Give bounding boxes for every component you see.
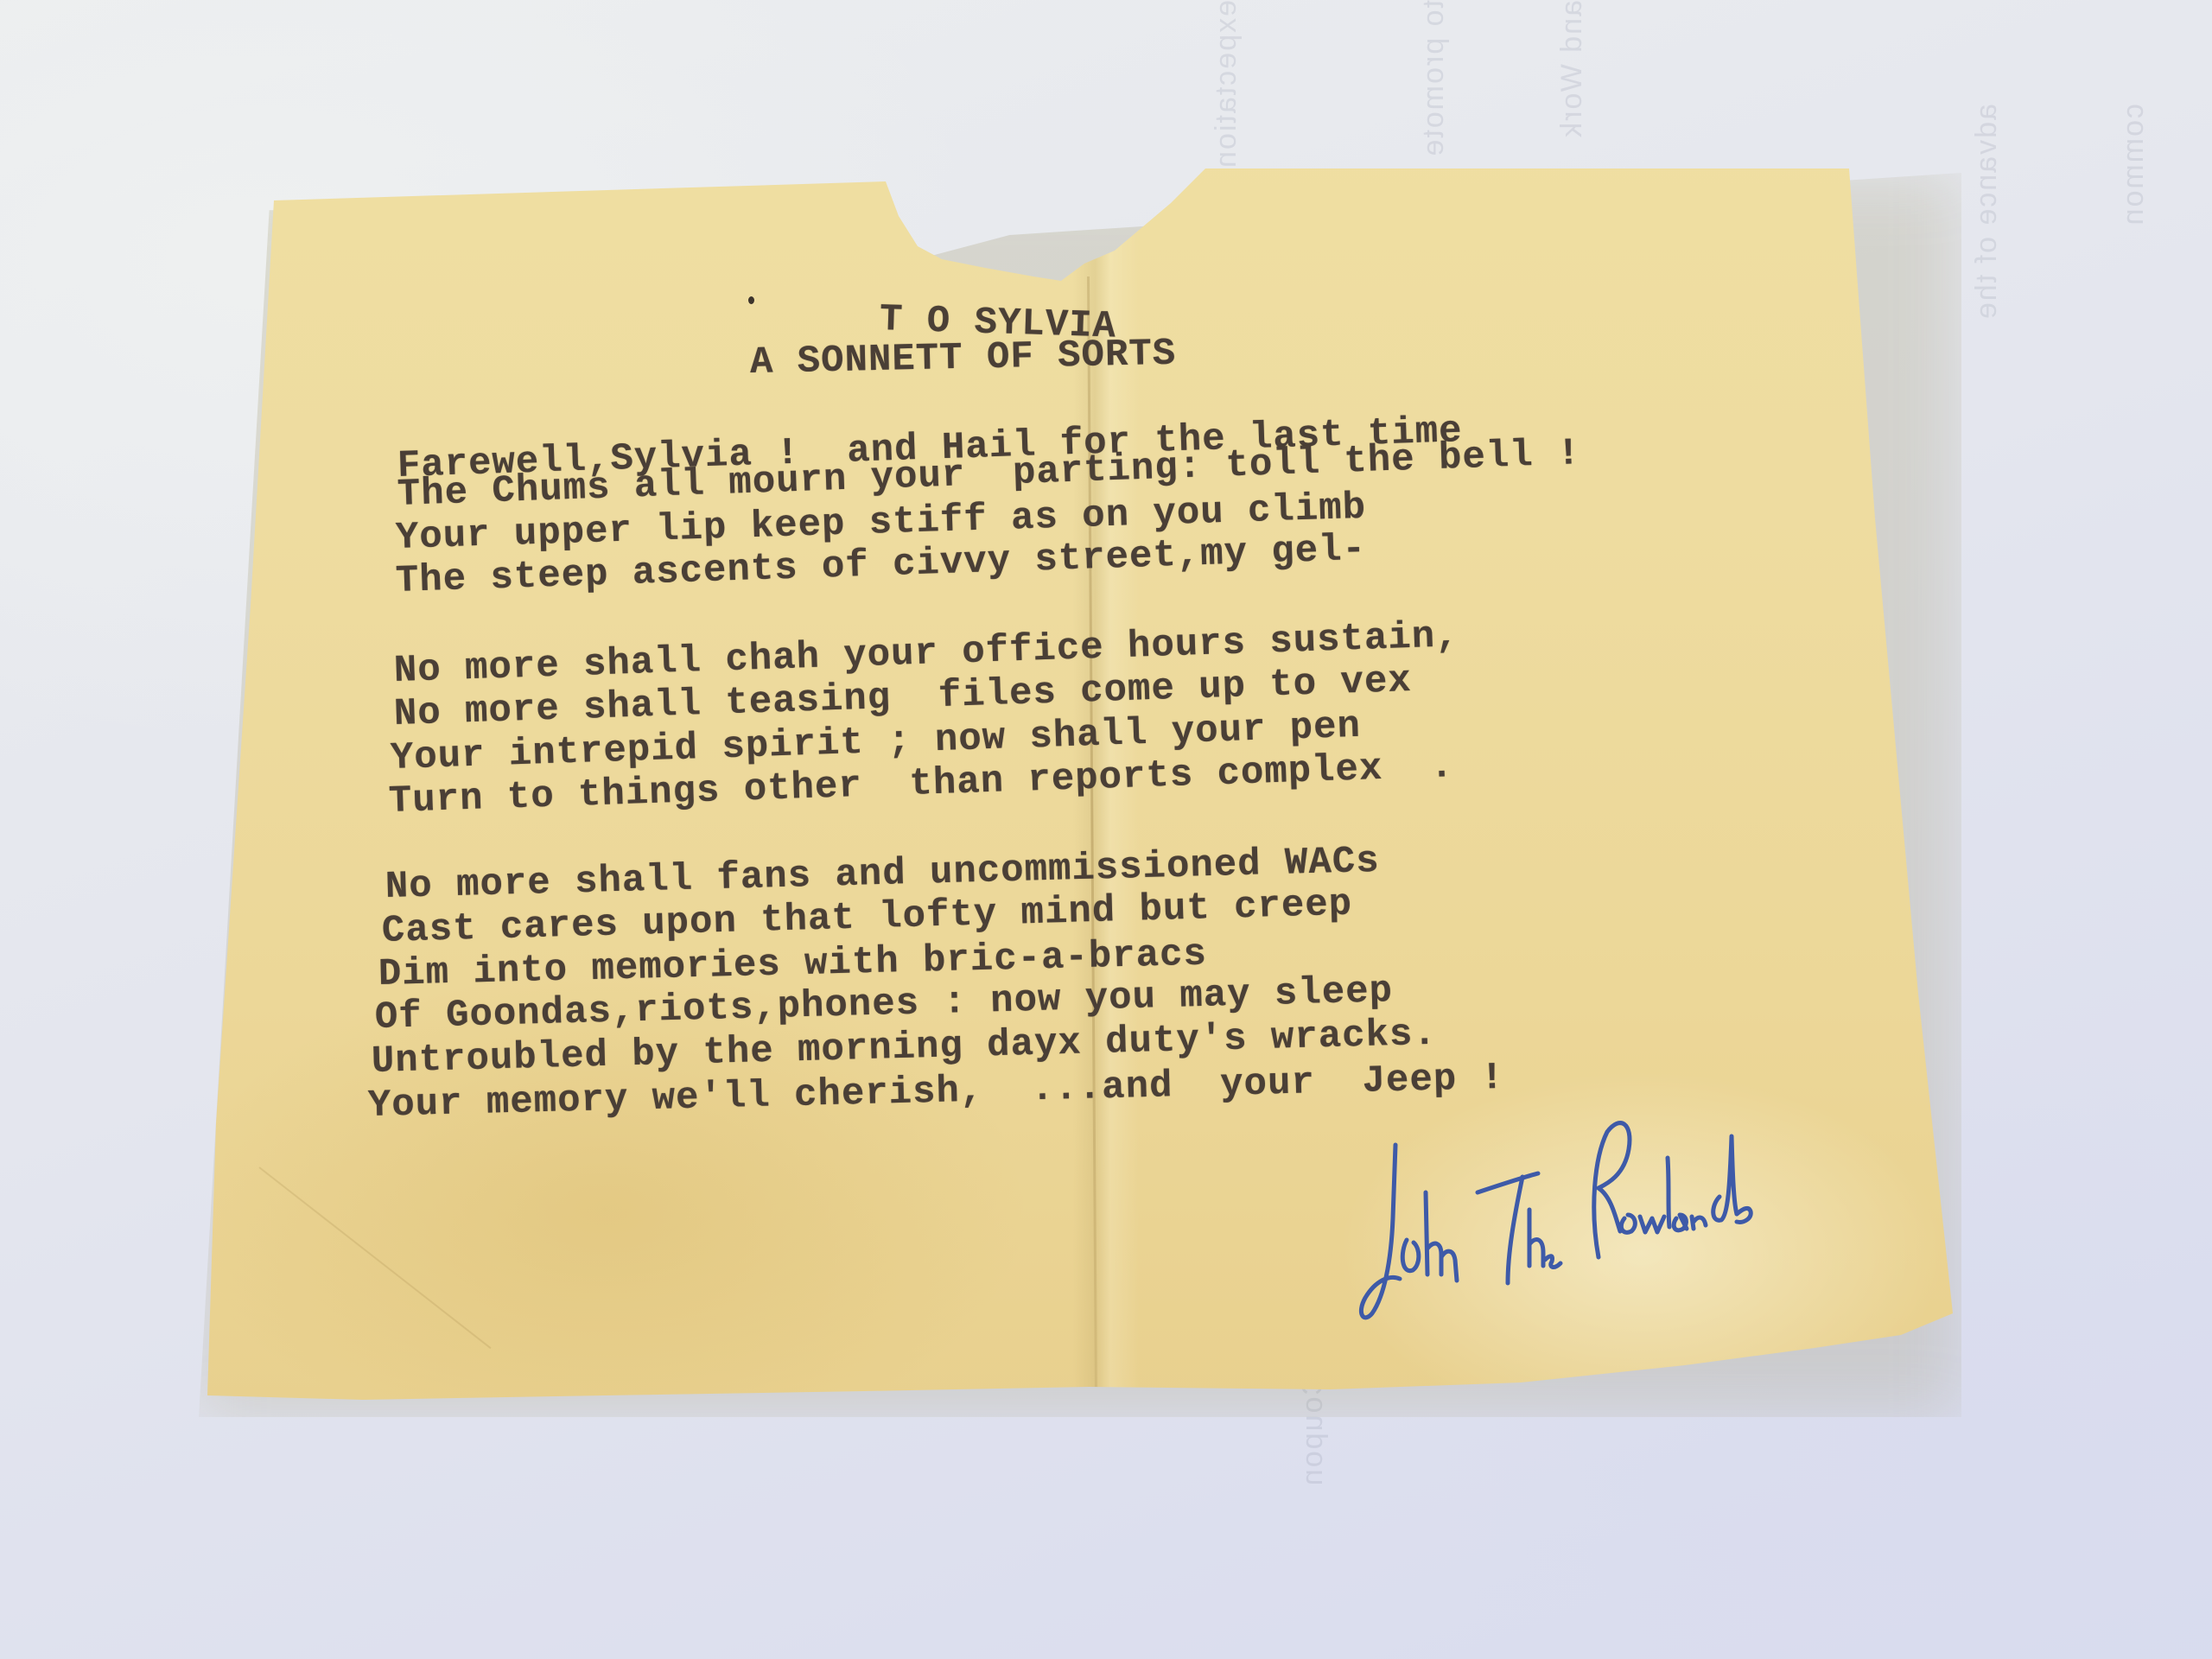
background-show-through-text: expectations — [1210, 0, 1243, 186]
background-show-through-text: common — [2117, 104, 2151, 226]
signature-ink-strokes — [1331, 1097, 1797, 1339]
handwritten-signature: John The Rowlands — [1331, 1097, 1797, 1339]
ink-speck — [748, 296, 754, 304]
background-show-through-text: to promote — [1417, 0, 1451, 158]
background-show-through-text: advance of the — [1970, 104, 2004, 321]
background-show-through-text: and Work — [1555, 0, 1589, 139]
poem-subtitle: A SONNETT OF SORTS — [749, 333, 1176, 385]
